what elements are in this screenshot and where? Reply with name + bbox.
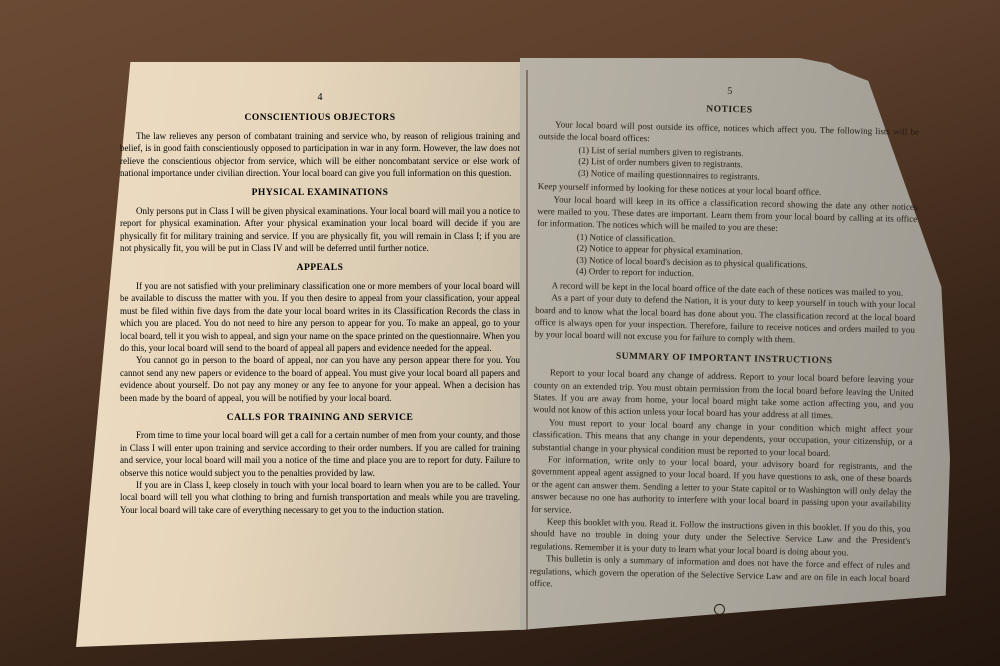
- paragraph: If you are in Class I, keep closely in t…: [120, 479, 520, 516]
- posted-lists: (1) List of serial numbers given to regi…: [578, 144, 919, 186]
- section-heading-appeals: APPEALS: [120, 262, 520, 274]
- mailed-notices-list: (1) Notice of classification. (2) Notice…: [576, 232, 917, 285]
- paragraph: The law relieves any person of combatant…: [120, 130, 520, 180]
- right-page-content: 5 NOTICES Your local board will post out…: [529, 82, 920, 618]
- section-heading-conscientious-objectors: CONSCIENTIOUS OBJECTORS: [120, 112, 520, 124]
- paragraph: If you are not satisfied with your preli…: [120, 280, 520, 354]
- paragraph: You cannot go in person to the board of …: [120, 354, 520, 404]
- paragraph: For information, write only to your loca…: [531, 453, 912, 523]
- circle-end-mark-icon: [713, 603, 724, 614]
- paragraph: Your local board will keep in its office…: [537, 193, 918, 238]
- paragraph: As a part of your duty to defend the Nat…: [535, 291, 916, 349]
- paragraph: From time to time your local board will …: [120, 429, 520, 479]
- section-heading-physical-examinations: PHYSICAL EXAMINATIONS: [120, 187, 520, 199]
- paragraph: This bulletin is only a summary of infor…: [529, 552, 910, 597]
- paragraph: Only persons put in Class I will be give…: [120, 205, 520, 255]
- booklet-gutter: [526, 70, 528, 630]
- left-page-content: 4 CONSCIENTIOUS OBJECTORS The law reliev…: [120, 92, 520, 516]
- page-number: 4: [120, 92, 520, 104]
- section-heading-notices: NOTICES: [539, 100, 919, 120]
- section-heading-summary: SUMMARY OF IMPORTANT INSTRUCTIONS: [534, 349, 914, 369]
- paragraph: Report to your local board any change of…: [533, 366, 914, 424]
- section-heading-calls-for-training: CALLS FOR TRAINING AND SERVICE: [120, 412, 520, 424]
